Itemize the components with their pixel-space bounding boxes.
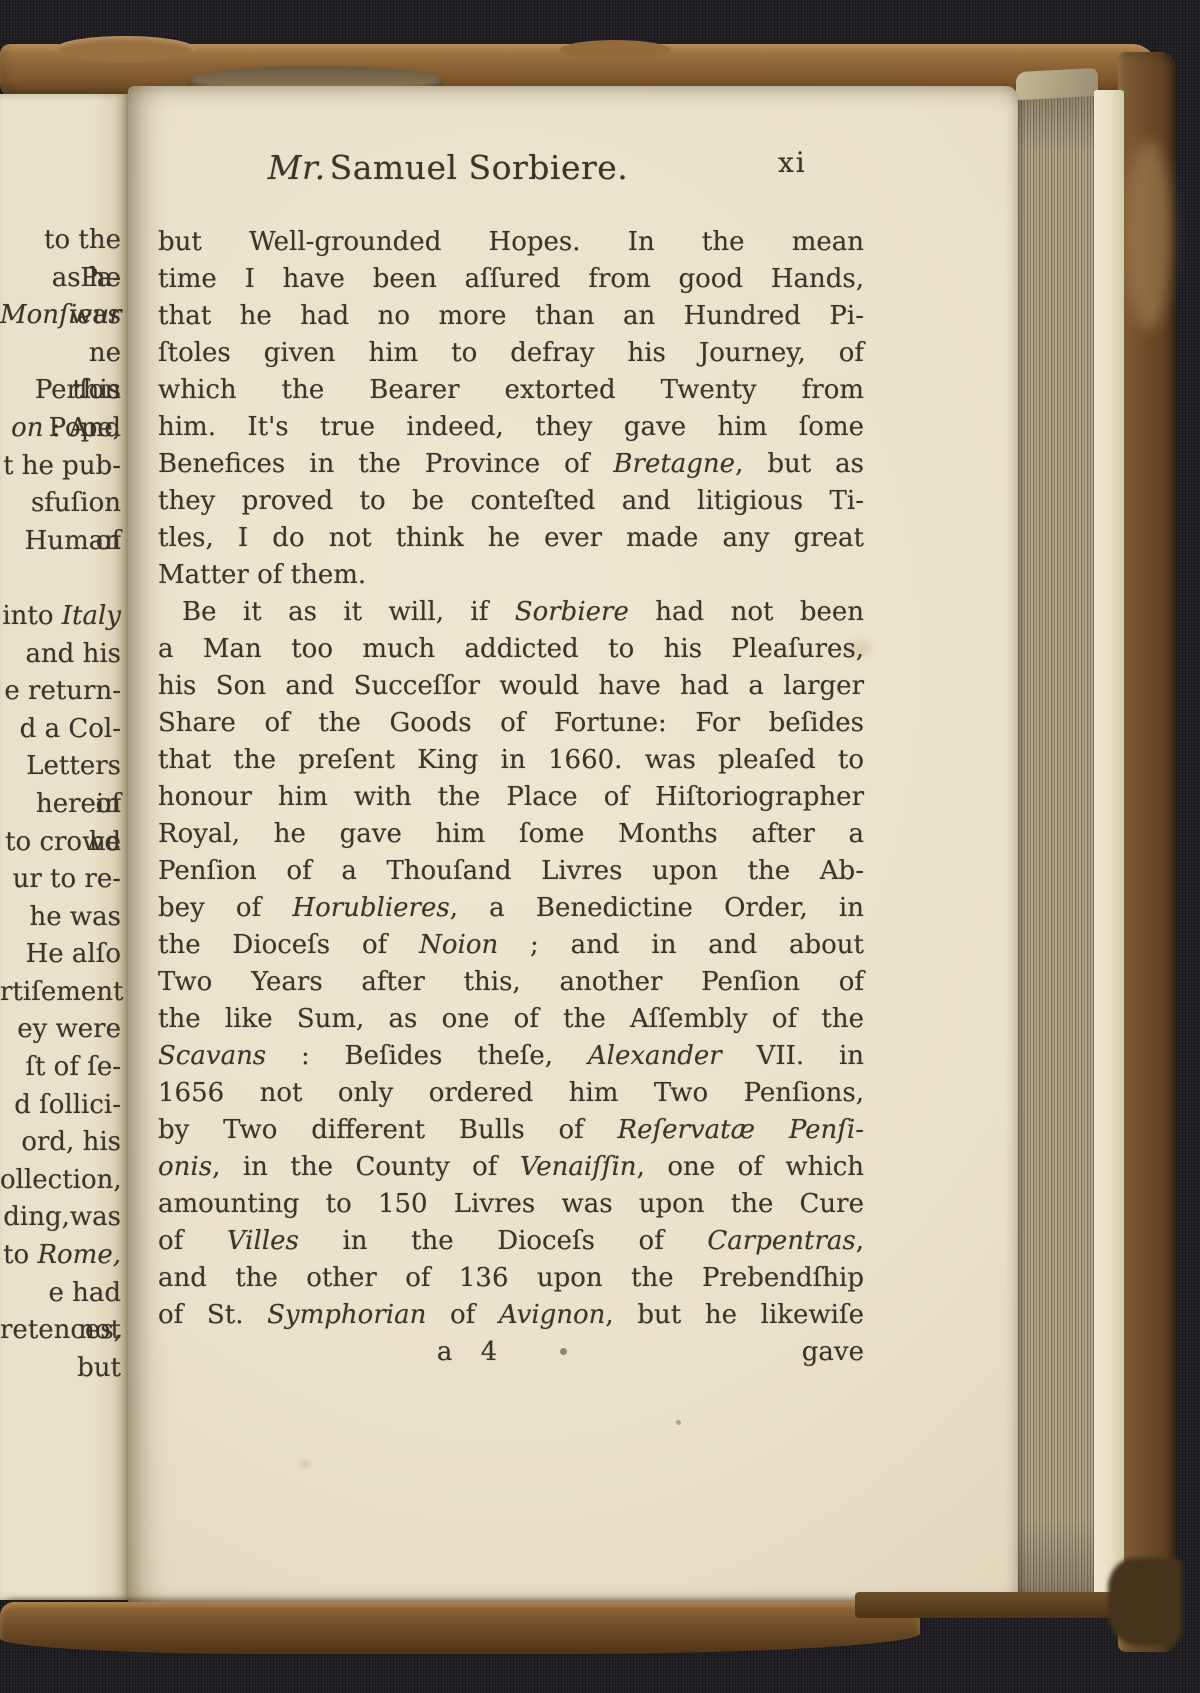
text-line: a Man too much addicted to his Pleaſures… xyxy=(158,631,864,668)
text-line: d ſollici- xyxy=(0,1087,121,1125)
text-line: time I have been aſſured from good Hands… xyxy=(158,261,864,298)
text-line: to Rome, xyxy=(0,1237,121,1275)
text-line: Letters of xyxy=(0,748,121,786)
text-line: but Well-grounded Hopes. In the mean xyxy=(158,224,864,261)
text-line: that the preſent King in 1660. was pleaſ… xyxy=(158,742,864,779)
text-line: his Son and Succeſſor would have had a l… xyxy=(158,668,864,705)
fore-edge-top-bevel xyxy=(1016,68,1098,100)
text-line: they proved to be conteſted and litigiou… xyxy=(158,483,864,520)
text-line: Share of the Goods of Fortune: For beſid… xyxy=(158,705,864,742)
text-line: t he pub- xyxy=(0,448,121,486)
running-header-title: Samuel Sorbiere. xyxy=(330,148,629,187)
text-line: of St. Symphorian of Avignon, but he lik… xyxy=(158,1297,864,1334)
text-line: d a Col- xyxy=(0,711,121,749)
left-page-text: to the Pa-as he wasMonſieurne Perſonthis… xyxy=(0,222,121,1387)
text-line: as he was xyxy=(0,260,121,298)
bottom-leather-edge xyxy=(0,1602,920,1654)
text-line: Matter of them. xyxy=(158,557,864,594)
text-line: ord, his xyxy=(0,1124,121,1162)
text-line: ollection, xyxy=(0,1162,121,1200)
text-line: herein he xyxy=(0,786,121,824)
text-line: the Dioceſs of Noion ; and in and about xyxy=(158,927,864,964)
text-line: on : And xyxy=(0,410,121,448)
fore-edge-pages xyxy=(1016,76,1094,1596)
text-line: ſtoles given him to defray his Journey, … xyxy=(158,335,864,372)
text-line: Penſion of a Thouſand Livres upon the Ab… xyxy=(158,853,864,890)
text-line: Scavans : Beſides theſe, Alexander VII. … xyxy=(158,1038,864,1075)
endpaper-edge xyxy=(1094,90,1124,1595)
text-line: to the Pa- xyxy=(0,222,121,260)
text-line: retences, xyxy=(0,1312,121,1350)
cover-corner-wear xyxy=(1108,1558,1182,1646)
text-line: he was xyxy=(0,899,121,937)
text-line: bey of Horublieres, a Benedictine Order,… xyxy=(158,890,864,927)
text-line: into Italy xyxy=(0,598,121,636)
text-line: a 4gave xyxy=(158,1334,864,1371)
text-line: rtiſement xyxy=(0,974,121,1012)
text-line: Two Years after this, another Penſion of xyxy=(158,964,864,1001)
text-line: amounting to 150 Livres was upon the Cur… xyxy=(158,1186,864,1223)
text-line: to crowd xyxy=(0,824,121,862)
paper-stain xyxy=(676,1420,681,1425)
body-text: but Well-grounded Hopes. In the meantime… xyxy=(158,224,864,1371)
paper-stain xyxy=(300,1460,310,1468)
text-line: but xyxy=(0,1350,121,1388)
text-line: that he had no more than an Hundred Pi- xyxy=(158,298,864,335)
text-line: ſt of ſe- xyxy=(0,1049,121,1087)
text-line: Be it as it will, if Sorbiere had not be… xyxy=(158,594,864,631)
running-header-abbrev: Mr. xyxy=(268,148,326,187)
text-line xyxy=(0,560,121,598)
text-line: ding,was xyxy=(0,1199,121,1237)
text-line: e had not xyxy=(0,1275,121,1313)
text-line: which the Bearer extorted Twenty from xyxy=(158,372,864,409)
text-line: He alſo xyxy=(0,936,121,974)
text-line: ne Perſon xyxy=(0,335,121,373)
page-number: xi xyxy=(778,146,807,179)
text-line: sfuſion of xyxy=(0,485,121,523)
text-line: by Two different Bulls of Reſervatæ Penſ… xyxy=(158,1112,864,1149)
text-line: onis, in the County of Venaiſſin, one of… xyxy=(158,1149,864,1186)
signature-mark: a 4 xyxy=(437,1337,497,1367)
text-line: Monſieur xyxy=(0,297,121,335)
text-line: Benefices in the Province of Bretagne, b… xyxy=(158,446,864,483)
text-line: honour him with the Place of Hiſtoriogra… xyxy=(158,779,864,816)
catchword: gave xyxy=(802,1334,864,1371)
text-line: Royal, he gave him ſome Months after a xyxy=(158,816,864,853)
text-line: him. It's true indeed, they gave him ſom… xyxy=(158,409,864,446)
book-photo: Mr.Samuel Sorbiere. xi but Well-grounded… xyxy=(0,0,1200,1693)
text-line: ur to re- xyxy=(0,861,121,899)
text-line: ey were xyxy=(0,1011,121,1049)
text-line: 1656 not only ordered him Two Penſions, xyxy=(158,1075,864,1112)
text-line: and his xyxy=(0,636,121,674)
leather-worn-patch xyxy=(1126,140,1172,330)
text-line: Human xyxy=(0,523,121,561)
text-line: of Villes in the Dioceſs of Carpentras, xyxy=(158,1223,864,1260)
text-line: the like Sum, as one of the Aſſembly of … xyxy=(158,1001,864,1038)
running-header: Mr.Samuel Sorbiere. xyxy=(158,148,738,187)
text-line: tles, I do not think he ever made any gr… xyxy=(158,520,864,557)
text-line: e return- xyxy=(0,673,121,711)
text-line: and the other of 136 upon the Prebendſhi… xyxy=(158,1260,864,1297)
